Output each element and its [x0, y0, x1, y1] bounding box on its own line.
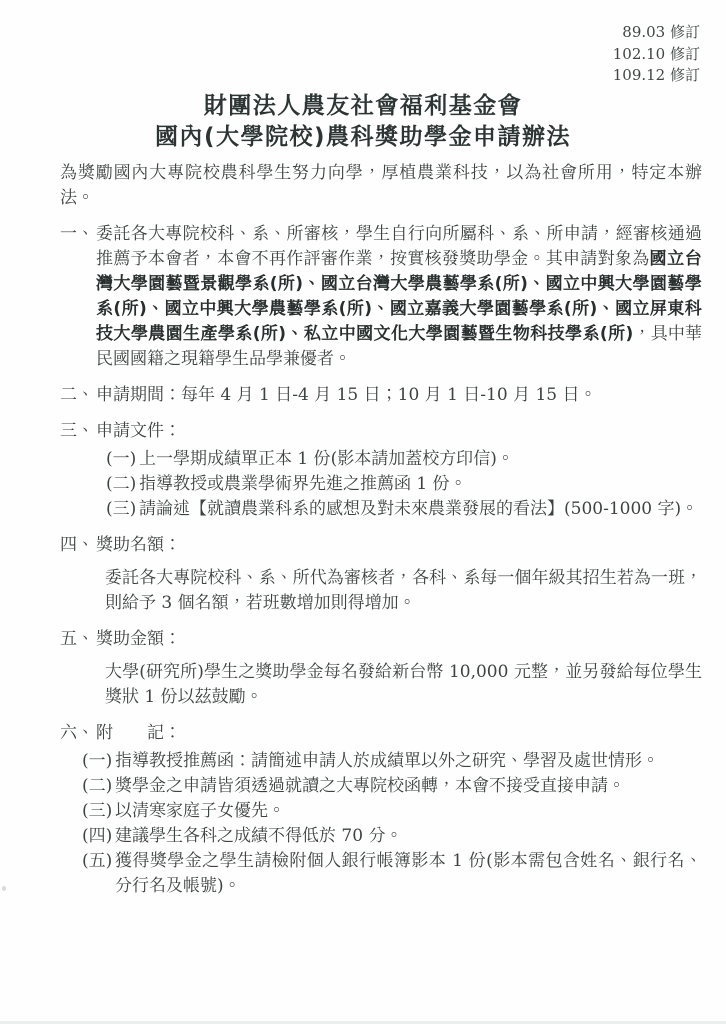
scanned-document-page: 89.03 修訂 102.10 修訂 109.12 修訂 財團法人農友社會福利基…	[0, 0, 726, 1024]
revision-note: 109.12 修訂	[613, 65, 700, 87]
list-item-marker: (一)	[82, 749, 115, 774]
section-label: 一、	[60, 222, 96, 247]
list-item: (三) 以清寒家庭子女優先。	[82, 799, 702, 824]
list-item: (一) 上一學期成績單正本 1 份(影本請加蓋校方印信)。	[106, 447, 702, 472]
section-heading: 獎助金額：	[96, 627, 702, 652]
section-text: 申請期間：每年 4 月 1 日-4 月 15 日；10 月 1 日-10 月 1…	[96, 383, 702, 408]
revision-note: 102.10 修訂	[613, 44, 700, 66]
section-content: 獎助金額： 大學(研究所)學生之獎助學金每名發給新台幣 10,000 元整，並另…	[96, 627, 702, 710]
document-title-org: 財團法人農友社會福利基金會	[0, 91, 726, 122]
section-item-4: 四、 獎助名額： 委託各大專院校科、系、所代為審核者，各科、系每一個年級其招生若…	[60, 533, 702, 616]
list-item-text: 以清寒家庭子女優先。	[115, 799, 702, 824]
list-item-text: 獲得獎學金之學生請檢附個人銀行帳簿影本 1 份(影本需包含姓名、銀行名、分行名及…	[115, 849, 702, 899]
list-item: (三) 請論述【就讀農業科系的感想及對未來農業發展的看法】(500-1000 字…	[106, 497, 702, 522]
section-label: 六、	[60, 721, 96, 746]
list-item: (一) 指導教授推薦函：請簡述申請人於成績單以外之研究、學習及處世情形。	[82, 749, 702, 774]
list-item-marker: (四)	[82, 824, 115, 849]
required-documents-list: (一) 上一學期成績單正本 1 份(影本請加蓋校方印信)。 (二) 指導教授或農…	[106, 447, 702, 522]
list-item-marker: (二)	[82, 774, 115, 799]
section-heading: 申請文件：	[96, 419, 702, 444]
section-label: 三、	[60, 419, 96, 444]
section-content: 附 記： (一) 指導教授推薦函：請簡述申請人於成績單以外之研究、學習及處世情形…	[96, 721, 702, 899]
section-item-6: 六、 附 記： (一) 指導教授推薦函：請簡述申請人於成績單以外之研究、學習及處…	[60, 721, 702, 899]
document-body: 為獎勵國內大專院校農科學生努力向學，厚植農業科技，以為社會所用，特定本辦法。 一…	[60, 161, 702, 899]
section-text: 委託各大專院校科、系、所審核，學生自行向所屬科、系、所申請，經審核通過推薦予本會…	[96, 222, 702, 372]
revision-note: 89.03 修訂	[613, 22, 700, 44]
section-item-5: 五、 獎助金額： 大學(研究所)學生之獎助學金每名發給新台幣 10,000 元整…	[60, 627, 702, 710]
section-content: 申請文件： (一) 上一學期成績單正本 1 份(影本請加蓋校方印信)。 (二) …	[96, 419, 702, 522]
section-label: 五、	[60, 627, 96, 652]
section-item-1: 一、 委託各大專院校科、系、所審核，學生自行向所屬科、系、所申請，經審核通過推薦…	[60, 222, 702, 372]
section-label: 四、	[60, 533, 96, 558]
section-content: 獎助名額： 委託各大專院校科、系、所代為審核者，各科、系每一個年級其招生若為一班…	[96, 533, 702, 616]
list-item-text: 指導教授或農業學術界先進之推薦函 1 份。	[139, 472, 702, 497]
list-item-text: 請論述【就讀農業科系的感想及對未來農業發展的看法】(500-1000 字)。	[139, 497, 702, 522]
notes-list: (一) 指導教授推薦函：請簡述申請人於成績單以外之研究、學習及處世情形。 (二)…	[82, 749, 702, 899]
list-item-marker: (二)	[106, 472, 139, 497]
list-item-text: 上一學期成績單正本 1 份(影本請加蓋校方印信)。	[139, 447, 702, 472]
list-item-text: 獎學金之申請皆須透過就讀之大專院校函轉，本會不接受直接申請。	[115, 774, 702, 799]
section-paragraph: 委託各大專院校科、系、所代為審核者，各科、系每一個年級其招生若為一班，則給予 3…	[105, 566, 702, 616]
list-item-marker: (三)	[82, 799, 115, 824]
intro-paragraph: 為獎勵國內大專院校農科學生努力向學，厚植農業科技，以為社會所用，特定本辦法。	[60, 161, 702, 211]
section-heading: 獎助名額：	[96, 533, 702, 558]
list-item-marker: (一)	[106, 447, 139, 472]
section-paragraph: 大學(研究所)學生之獎助學金每名發給新台幣 10,000 元整，並另發給每位學生…	[105, 660, 702, 710]
section-label: 二、	[60, 383, 96, 408]
list-item-text: 指導教授推薦函：請簡述申請人於成績單以外之研究、學習及處世情形。	[115, 749, 702, 774]
list-item-marker: (三)	[106, 497, 139, 522]
document-title-subject: 國內(大學院校)農科獎助學金申請辦法	[0, 122, 726, 153]
revision-history: 89.03 修訂 102.10 修訂 109.12 修訂	[613, 22, 700, 87]
scan-artifact-dot	[2, 886, 6, 891]
section-text-regular: 委託各大專院校科、系、所審核，學生自行向所屬科、系、所申請，經審核通過推薦予本會…	[96, 224, 702, 269]
section-heading: 附 記：	[96, 721, 702, 746]
list-item-text: 建議學生各科之成績不得低於 70 分。	[115, 824, 702, 849]
list-item: (四) 建議學生各科之成績不得低於 70 分。	[82, 824, 702, 849]
document-title: 財團法人農友社會福利基金會 國內(大學院校)農科獎助學金申請辦法	[0, 91, 726, 153]
list-item-marker: (五)	[82, 849, 115, 874]
section-item-3: 三、 申請文件： (一) 上一學期成績單正本 1 份(影本請加蓋校方印信)。 (…	[60, 419, 702, 522]
list-item: (五) 獲得獎學金之學生請檢附個人銀行帳簿影本 1 份(影本需包含姓名、銀行名、…	[82, 849, 702, 899]
list-item: (二) 獎學金之申請皆須透過就讀之大專院校函轉，本會不接受直接申請。	[82, 774, 702, 799]
section-item-2: 二、 申請期間：每年 4 月 1 日-4 月 15 日；10 月 1 日-10 …	[60, 383, 702, 408]
list-item: (二) 指導教授或農業學術界先進之推薦函 1 份。	[106, 472, 702, 497]
